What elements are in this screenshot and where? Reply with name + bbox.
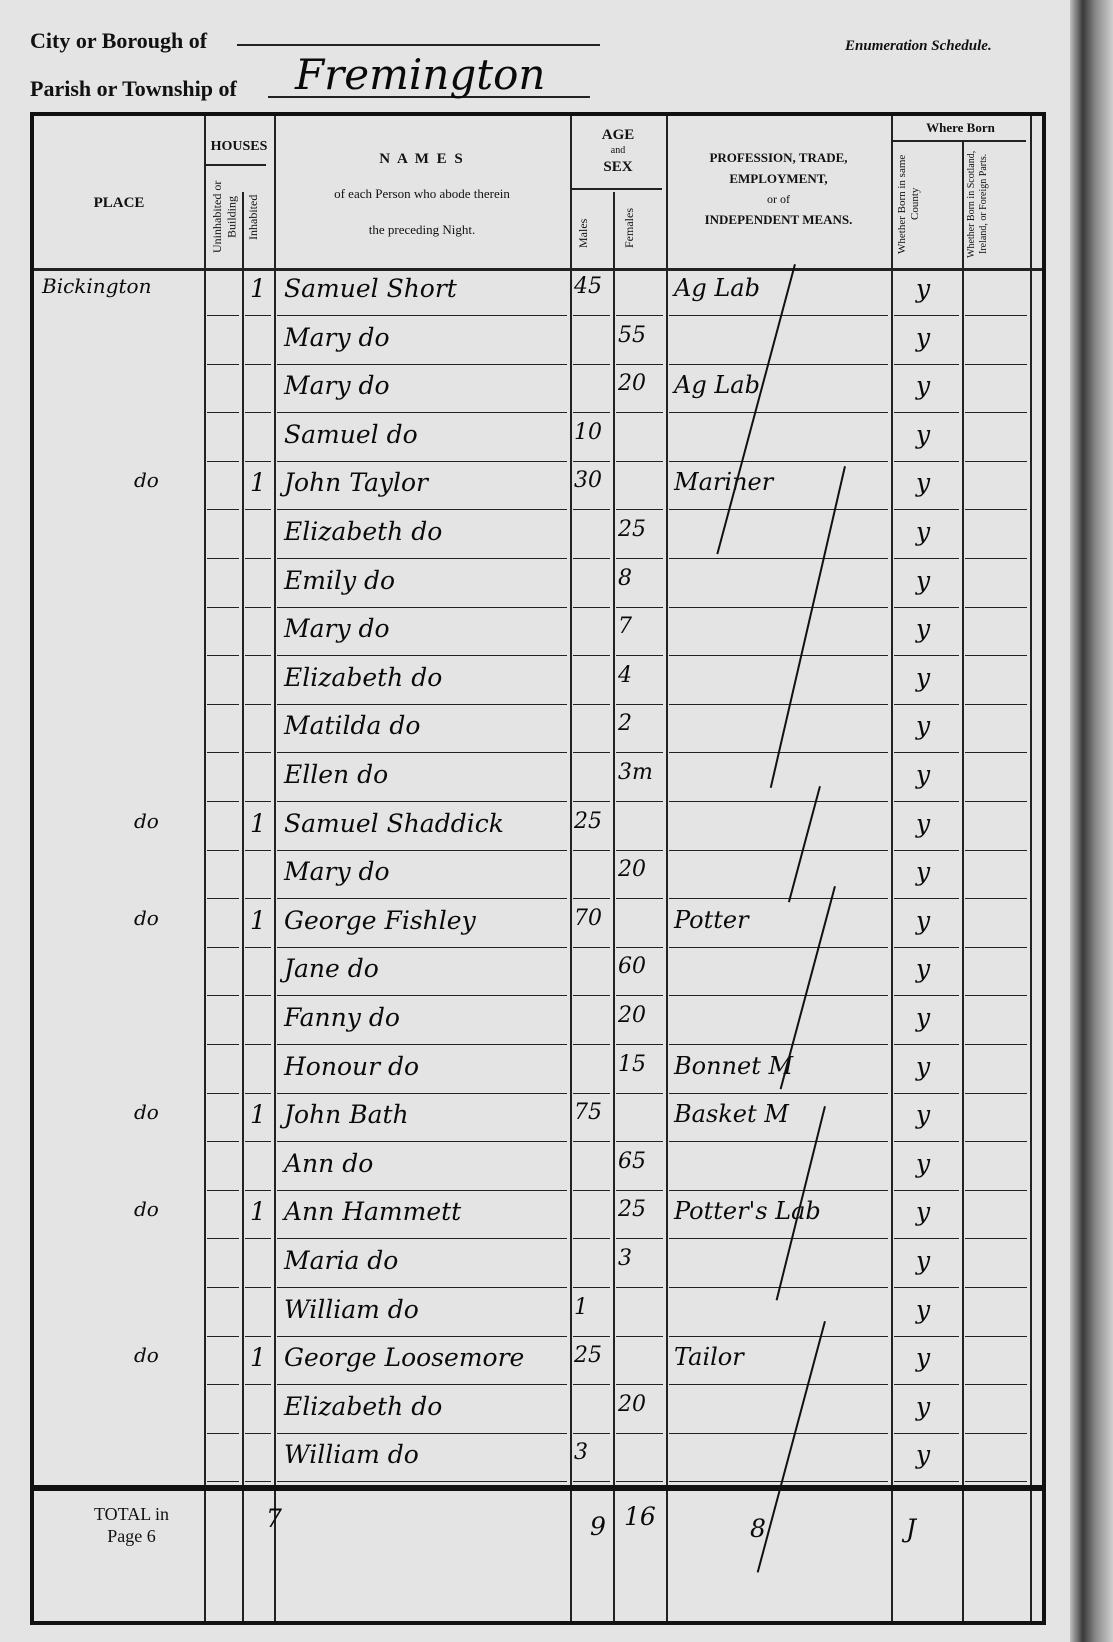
name-cell: Fanny do <box>284 1003 400 1032</box>
census-table: PLACE HOUSES Uninhabited or Building Inh… <box>30 112 1046 1625</box>
females-cell: 25 <box>618 517 646 542</box>
header-inhabited: Inhabited <box>246 172 270 262</box>
table-row: Ellen do3my <box>34 754 1042 802</box>
same-county-cell: y <box>916 323 930 352</box>
table-row: Ann do65y <box>34 1143 1042 1191</box>
header-females: Females <box>622 196 652 261</box>
name-cell: Mary do <box>284 614 390 643</box>
profession-cell: Potter <box>674 906 749 934</box>
profession-cell: Basket M <box>674 1100 789 1128</box>
name-cell: Elizabeth do <box>284 1392 442 1421</box>
females-cell: 20 <box>618 1003 646 1028</box>
same-county-cell: y <box>916 857 930 886</box>
place-cell: do <box>134 809 159 833</box>
same-county-cell: y <box>916 711 930 740</box>
total-same-county: J <box>906 1514 916 1543</box>
females-cell: 20 <box>618 371 646 396</box>
profession-cell: Bonnet M <box>674 1052 793 1080</box>
header-names-sub1: of each Person who abode therein <box>274 186 570 202</box>
males-cell: 3 <box>574 1440 588 1465</box>
name-cell: Samuel do <box>284 420 418 449</box>
table-row: Fanny do20y <box>34 997 1042 1045</box>
same-county-cell: y <box>916 517 930 546</box>
same-county-cell: y <box>916 371 930 400</box>
same-county-cell: y <box>916 760 930 789</box>
name-cell: Mary do <box>284 371 390 400</box>
females-cell: 8 <box>618 566 632 591</box>
name-cell: John Bath <box>284 1100 409 1129</box>
inhabited-cell: 1 <box>250 809 266 838</box>
males-cell: 45 <box>574 274 602 299</box>
name-cell: Matilda do <box>284 711 420 740</box>
table-row: Mary do55y <box>34 317 1042 365</box>
table-row: do1George Loosemore25Tailory <box>34 1337 1042 1385</box>
table-row: Elizabeth do25y <box>34 511 1042 559</box>
page-edge-shadow <box>1070 0 1113 1642</box>
females-cell: 7 <box>618 614 632 639</box>
total-females: 16 <box>624 1502 656 1531</box>
place-cell: do <box>134 1343 159 1367</box>
city-label: City or Borough of <box>30 28 207 54</box>
males-cell: 25 <box>574 809 602 834</box>
total-males: 9 <box>590 1512 606 1541</box>
total-label: TOTAL in Page 6 <box>94 1504 169 1547</box>
same-county-cell: y <box>916 1052 930 1081</box>
same-county-cell: y <box>916 663 930 692</box>
females-cell: 25 <box>618 1197 646 1222</box>
header-scotland: Whether Born in Scotland, Ireland, or Fo… <box>966 146 1026 262</box>
name-cell: John Taylor <box>284 468 428 497</box>
total-profession: 8 <box>750 1514 766 1543</box>
inhabited-cell: 1 <box>250 468 266 497</box>
table-row: Mary do20Ag Laby <box>34 365 1042 413</box>
name-cell: Samuel Shaddick <box>284 809 504 838</box>
name-cell: Jane do <box>284 954 379 983</box>
same-county-cell: y <box>916 954 930 983</box>
table-row: Matilda do2y <box>34 705 1042 753</box>
females-cell: 3 <box>618 1246 632 1271</box>
profession-cell: Mariner <box>674 468 773 496</box>
same-county-cell: y <box>916 1440 930 1469</box>
females-cell: 3m <box>618 760 653 785</box>
same-county-cell: y <box>916 1197 930 1226</box>
same-county-cell: y <box>916 906 930 935</box>
place-cell: do <box>134 1197 159 1221</box>
same-county-cell: y <box>916 274 930 303</box>
schedule-label: Enumeration Schedule. <box>845 38 992 55</box>
name-cell: Samuel Short <box>284 274 457 303</box>
name-cell: George Loosemore <box>284 1343 524 1372</box>
males-cell: 25 <box>574 1343 602 1368</box>
same-county-cell: y <box>916 1003 930 1032</box>
name-cell: William do <box>284 1295 419 1324</box>
name-cell: William do <box>284 1440 419 1469</box>
table-row: William do1y <box>34 1289 1042 1337</box>
females-cell: 15 <box>618 1052 646 1077</box>
males-cell: 30 <box>574 468 602 493</box>
table-row: Jane do60y <box>34 948 1042 996</box>
same-county-cell: y <box>916 566 930 595</box>
inhabited-cell: 1 <box>250 1197 266 1226</box>
header-age-and: and <box>570 145 666 158</box>
table-row: do1John Bath75Basket My <box>34 1094 1042 1142</box>
males-cell: 1 <box>574 1295 588 1320</box>
header-same-county: Whether Born in same County <box>896 146 956 262</box>
same-county-cell: y <box>916 614 930 643</box>
name-cell: Emily do <box>284 566 395 595</box>
table-row: William do3y <box>34 1434 1042 1482</box>
inhabited-cell: 1 <box>250 1343 266 1372</box>
name-cell: Maria do <box>284 1246 398 1275</box>
total-divider <box>34 1485 1042 1491</box>
same-county-cell: y <box>916 1100 930 1129</box>
header-sex: SEX <box>570 158 666 177</box>
name-cell: Honour do <box>284 1052 419 1081</box>
name-cell: Mary do <box>284 323 390 352</box>
name-cell: Ellen do <box>284 760 388 789</box>
same-county-cell: y <box>916 468 930 497</box>
same-county-cell: y <box>916 1295 930 1324</box>
header-profession-4: INDEPENDENT MEANS. <box>666 212 891 228</box>
profession-cell: Tailor <box>674 1343 744 1371</box>
header-where-born: Where Born <box>891 120 1030 136</box>
females-cell: 20 <box>618 1392 646 1417</box>
name-cell: Ann do <box>284 1149 373 1178</box>
table-row: do1George Fishley70Pottery <box>34 900 1042 948</box>
same-county-cell: y <box>916 809 930 838</box>
inhabited-cell: 1 <box>250 1100 266 1129</box>
females-cell: 4 <box>618 663 632 688</box>
same-county-cell: y <box>916 420 930 449</box>
table-row: Emily do8y <box>34 560 1042 608</box>
table-row: Maria do3y <box>34 1240 1042 1288</box>
name-cell: George Fishley <box>284 906 476 935</box>
header-houses: HOUSES <box>204 138 274 156</box>
females-cell: 20 <box>618 857 646 882</box>
inhabited-cell: 1 <box>250 906 266 935</box>
table-row: Elizabeth do4y <box>34 657 1042 705</box>
same-county-cell: y <box>916 1343 930 1372</box>
profession-cell: Ag Lab <box>674 371 760 399</box>
header-age: AGE <box>570 126 666 145</box>
table-row: Elizabeth do20y <box>34 1386 1042 1434</box>
place-cell: Bickington <box>42 274 151 298</box>
total-inhabited: 7 <box>266 1504 282 1533</box>
inhabited-cell: 1 <box>250 274 266 303</box>
males-cell: 70 <box>574 906 602 931</box>
males-cell: 10 <box>574 420 602 445</box>
city-field <box>237 44 600 46</box>
table-row: Honour do15Bonnet My <box>34 1046 1042 1094</box>
females-cell: 65 <box>618 1149 646 1174</box>
header-names: N A M E S <box>274 150 570 169</box>
header-profession-1: PROFESSION, TRADE, <box>666 150 891 166</box>
name-cell: Elizabeth do <box>284 663 442 692</box>
table-row: Samuel do10y <box>34 414 1042 462</box>
parish-value: Fremington <box>295 50 545 99</box>
place-cell: do <box>134 468 159 492</box>
table-row: Mary do7y <box>34 608 1042 656</box>
name-cell: Elizabeth do <box>284 517 442 546</box>
same-county-cell: y <box>916 1246 930 1275</box>
same-county-cell: y <box>916 1392 930 1421</box>
table-row: do1Samuel Shaddick25y <box>34 803 1042 851</box>
place-cell: do <box>134 906 159 930</box>
header-males: Males <box>576 206 606 261</box>
females-cell: 55 <box>618 323 646 348</box>
header-place: PLACE <box>34 194 204 213</box>
males-cell: 75 <box>574 1100 602 1125</box>
table-row: Bickington1Samuel Short45Ag Laby <box>34 268 1042 316</box>
same-county-cell: y <box>916 1149 930 1178</box>
header-names-sub2: the preceding Night. <box>274 222 570 238</box>
name-cell: Mary do <box>284 857 390 886</box>
table-row: do1John Taylor30Marinery <box>34 462 1042 510</box>
header-profession-3: or of <box>666 192 891 207</box>
place-cell: do <box>134 1100 159 1124</box>
table-row: Mary do20y <box>34 851 1042 899</box>
header-uninhabited: Uninhabited or Building <box>210 172 240 262</box>
parish-label: Parish or Township of <box>30 76 237 102</box>
table-row: do1Ann Hammett25Potter's Laby <box>34 1191 1042 1239</box>
females-cell: 60 <box>618 954 646 979</box>
name-cell: Ann Hammett <box>284 1197 461 1226</box>
profession-cell: Ag Lab <box>674 274 760 302</box>
females-cell: 2 <box>618 711 632 736</box>
header-profession-2: EMPLOYMENT, <box>666 171 891 187</box>
